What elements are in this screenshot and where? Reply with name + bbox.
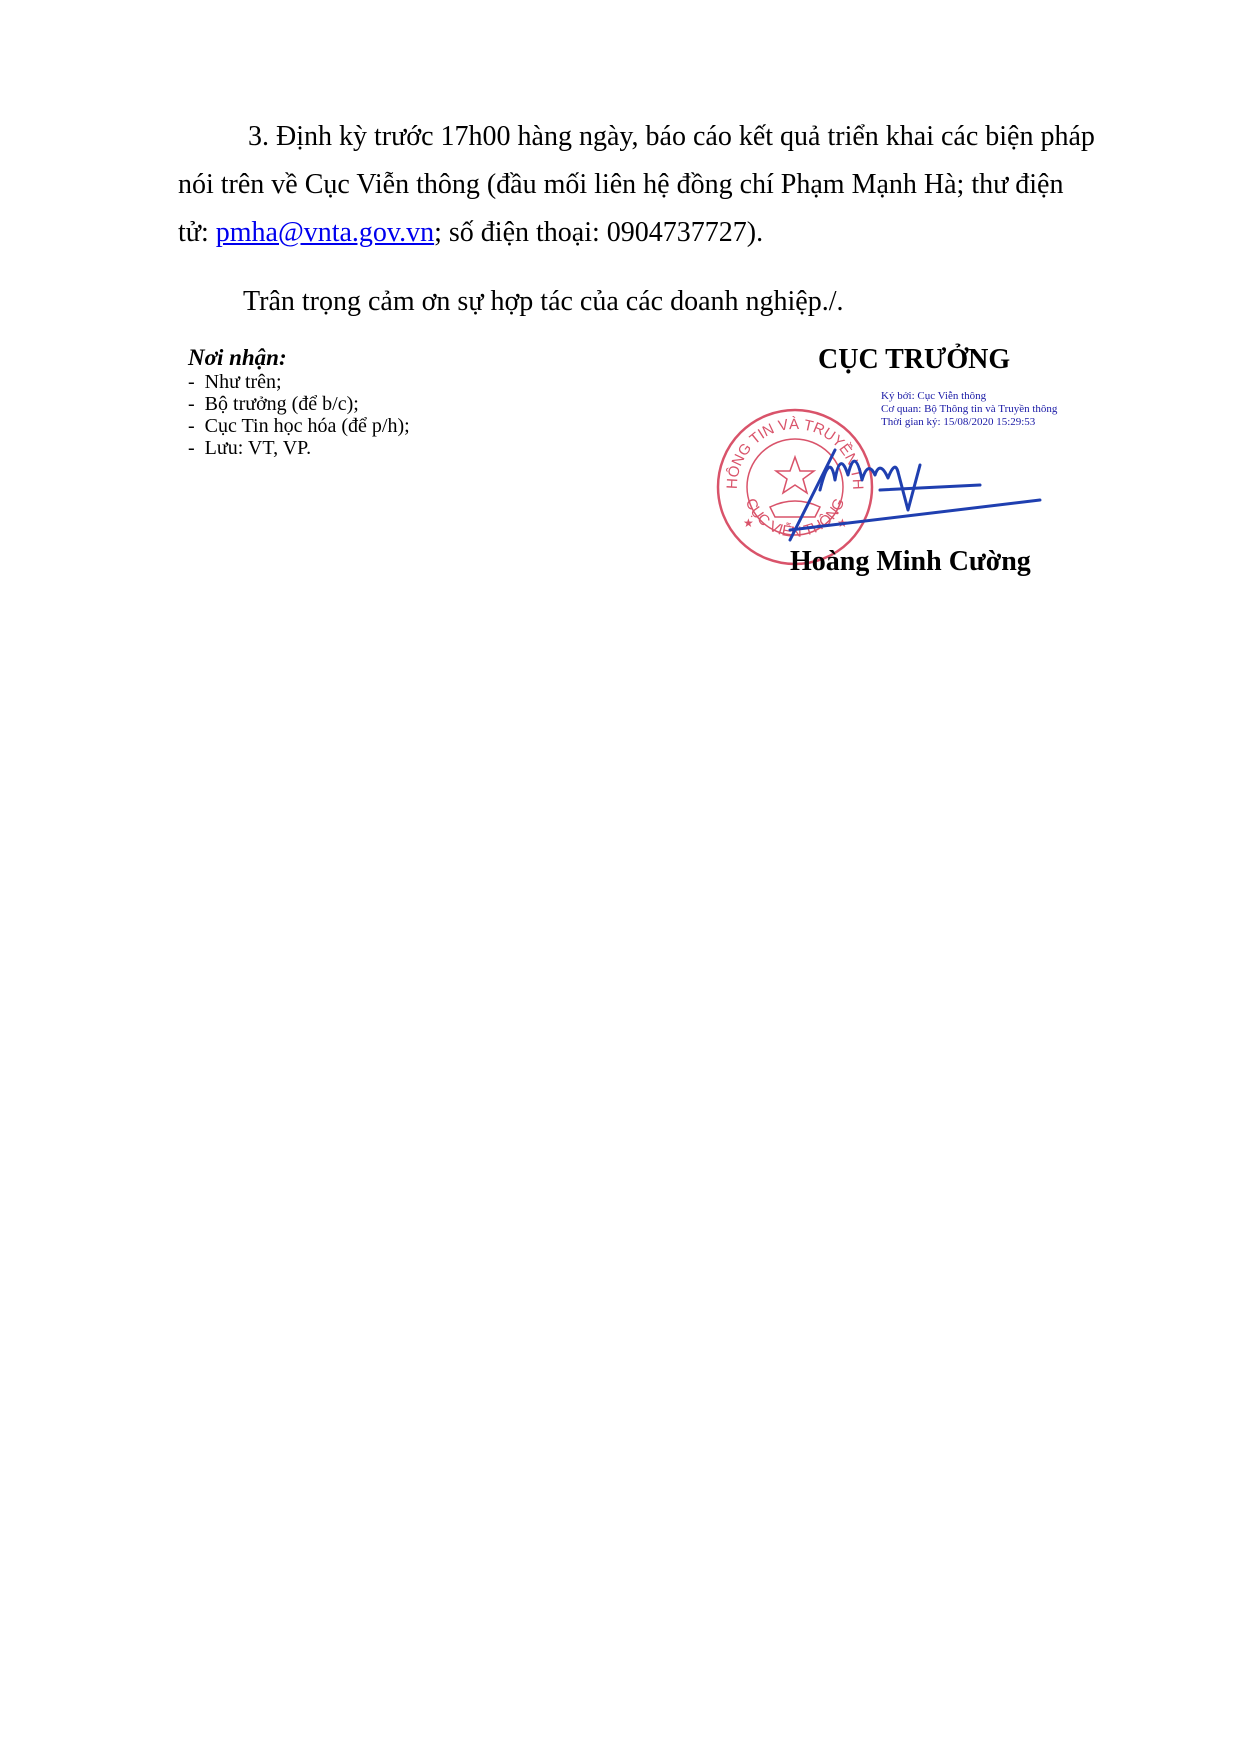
signing-agency: Cơ quan: Bộ Thông tin và Truyền thông	[881, 403, 1057, 416]
recipient-item: Cục Tin học hóa (để p/h);	[188, 415, 410, 437]
signing-time: Thời gian ký: 15/08/2020 15:29:53	[881, 416, 1057, 429]
email-label: tử:	[178, 217, 216, 248]
recipient-item: Lưu: VT, VP.	[188, 437, 410, 459]
item-3-paragraph: 3. Định kỳ trước 17h00 hàng ngày, báo cá…	[178, 113, 1118, 257]
recipients-block: Nơi nhận: Như trên; Bộ trưởng (để b/c); …	[188, 347, 410, 459]
recipients-title: Nơi nhận:	[188, 347, 410, 369]
item-3-line-1: 3. Định kỳ trước 17h00 hàng ngày, báo cá…	[178, 113, 1118, 161]
svg-text:★: ★	[743, 516, 754, 530]
recipient-item: Bộ trưởng (để b/c);	[188, 393, 410, 415]
signer-name: Hoàng Minh Cường	[790, 546, 1031, 578]
thanks-paragraph: Trân trọng cảm ơn sự hợp tác của các doa…	[178, 278, 1118, 326]
signed-by: Ký bởi: Cục Viễn thông	[881, 390, 1057, 403]
signer-title: CỤC TRƯỞNG	[818, 344, 1010, 376]
phone-text: ; số điện thoại: 0904737727).	[434, 217, 763, 248]
digital-signature-info: Ký bởi: Cục Viễn thông Cơ quan: Bộ Thông…	[881, 390, 1057, 429]
email-link[interactable]: pmha@vnta.gov.vn	[216, 217, 434, 248]
recipient-item: Như trên;	[188, 371, 410, 393]
item-3-line-2: nói trên về Cục Viễn thông (đầu mối liên…	[178, 161, 1118, 209]
item-3-line-3: tử: pmha@vnta.gov.vn; số điện thoại: 090…	[178, 209, 1118, 257]
handwritten-signature-icon	[780, 430, 1050, 550]
